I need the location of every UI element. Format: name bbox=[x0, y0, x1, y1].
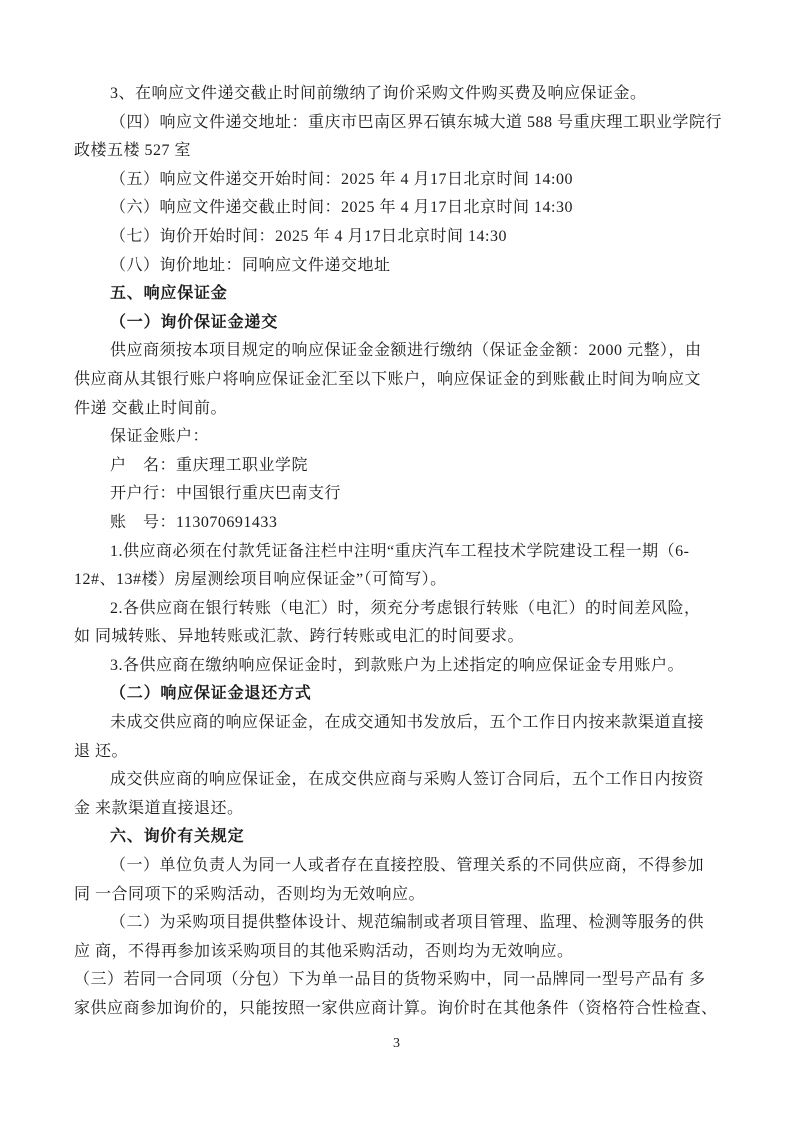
deposit-para-line-1: 供应商须按本项目规定的响应保证金金额进行缴纳（保证金金额：2000 元整），由 bbox=[74, 337, 746, 366]
deposit-account-label: 保证金账户： bbox=[74, 423, 746, 452]
item-4-line-2: 政楼五楼 527 室 bbox=[74, 137, 746, 166]
account-name-line: 户 名：重庆理工职业学院 bbox=[74, 452, 746, 481]
item-5-line: （五）响应文件递交开始时间：2025 年 4 月17日北京时间 14:00 bbox=[74, 166, 746, 195]
section-5-heading: 五、响应保证金 bbox=[74, 280, 746, 309]
item-6-line: （六）响应文件递交截止时间：2025 年 4 月17日北京时间 14:30 bbox=[74, 194, 746, 223]
rule-1-line-2: 同 一合同项下的采购活动，否则均为无效响应。 bbox=[74, 881, 746, 910]
rule-3-line-2: 家供应商参加询价的，只能按照一家供应商计算。询价时在其他条件（资格符合性检查、 bbox=[74, 995, 746, 1024]
section-5-2-heading: （二）响应保证金退还方式 bbox=[74, 680, 746, 709]
deposit-para-line-3: 件递 交截止时间前。 bbox=[74, 395, 746, 424]
rule-1-line-1: （一）单位负责人为同一人或者存在直接控股、管理关系的不同供应商，不得参加 bbox=[74, 852, 746, 881]
rule-3-line-1: （三）若同一合同项（分包）下为单一品目的货物采购中，同一品牌同一型号产品有 多 bbox=[74, 966, 746, 995]
rule-2-line-2: 应 商，不得再参加该采购项目的其他采购活动，否则均为无效响应。 bbox=[74, 938, 746, 967]
note-1-line-1: 1.供应商必须在付款凭证备注栏中注明“重庆汽车工程技术学院建设工程一期（6- bbox=[74, 538, 746, 567]
refund-para-1-line-1: 未成交供应商的响应保证金，在成交通知书发放后，五个工作日内按来款渠道直接 bbox=[74, 709, 746, 738]
item-8-line: （八）询价地址：同响应文件递交地址 bbox=[74, 252, 746, 281]
item-3-line: 3、在响应文件递交截止时间前缴纳了询价采购文件购买费及响应保证金。 bbox=[74, 80, 746, 109]
item-4-line-1: （四）响应文件递交地址：重庆市巴南区界石镇东城大道 588 号重庆理工职业学院行 bbox=[74, 109, 746, 138]
section-5-1-heading: （一）询价保证金递交 bbox=[74, 309, 746, 338]
document-body: 3、在响应文件递交截止时间前缴纳了询价采购文件购买费及响应保证金。 （四）响应文… bbox=[74, 80, 746, 1024]
note-2-line-1: 2.各供应商在银行转账（电汇）时，须充分考虑银行转账（电汇）的时间差风险， bbox=[74, 595, 746, 624]
refund-para-2-line-2: 金 来款渠道直接退还。 bbox=[74, 795, 746, 824]
bank-line: 开户行：中国银行重庆巴南支行 bbox=[74, 480, 746, 509]
refund-para-1-line-2: 退 还。 bbox=[74, 738, 746, 767]
document-page: 3、在响应文件递交截止时间前缴纳了询价采购文件购买费及响应保证金。 （四）响应文… bbox=[0, 0, 793, 1122]
item-7-line: （七）询价开始时间：2025 年 4 月17日北京时间 14:30 bbox=[74, 223, 746, 252]
section-6-heading: 六、询价有关规定 bbox=[74, 823, 746, 852]
note-2-line-2: 如 同城转账、异地转账或汇款、跨行转账或电汇的时间要求。 bbox=[74, 623, 746, 652]
rule-2-line-1: （二）为采购项目提供整体设计、规范编制或者项目管理、监理、检测等服务的供 bbox=[74, 909, 746, 938]
note-3-line: 3.各供应商在缴纳响应保证金时，到款账户为上述指定的响应保证金专用账户。 bbox=[74, 652, 746, 681]
deposit-para-line-2: 供应商从其银行账户将响应保证金汇至以下账户，响应保证金的到账截止时间为响应文 bbox=[74, 366, 746, 395]
refund-para-2-line-1: 成交供应商的响应保证金，在成交供应商与采购人签订合同后，五个工作日内按资 bbox=[74, 766, 746, 795]
page-number: 3 bbox=[0, 1036, 793, 1052]
note-1-line-2: 12#、13#楼）房屋测绘项目响应保证金”（可简写）。 bbox=[74, 566, 746, 595]
account-number-line: 账 号：113070691433 bbox=[74, 509, 746, 538]
